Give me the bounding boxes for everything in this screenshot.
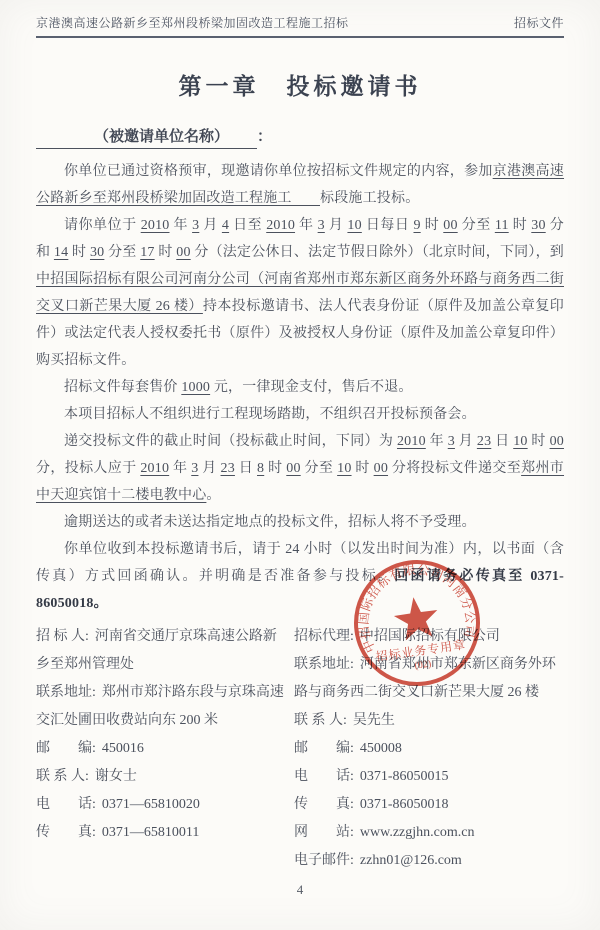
- contact-row: 联系地址:河南省郑州市郑东新区商务外环路与商务西二街交叉口新芒果大厦 26 楼: [294, 651, 564, 707]
- contact-row: 招标代理:中招国际招标有限公司: [294, 623, 564, 651]
- paragraph: 招标文件每套售价 1000 元，一律现金支付，售后不退。: [36, 374, 564, 401]
- contact-value: 450008: [360, 741, 402, 756]
- contact-label: 联 系 人:: [294, 713, 347, 728]
- text-segment: 本项目招标人不组织进行工程现场踏勘，不组织召开投标预备会。: [64, 407, 476, 422]
- text-segment: 分将投标文件递交至: [388, 461, 521, 476]
- contact-row: 联系地址:郑州市郑汴路东段与京珠高速交汇处圃田收费站向东 200 米: [36, 679, 288, 735]
- text-segment: 14: [54, 245, 68, 260]
- text-segment: 10: [337, 461, 351, 476]
- contact-columns: 招 标 人:河南省交通厅京珠高速公路新乡至郑州管理处联系地址:郑州市郑汴路东段与…: [36, 623, 564, 875]
- text-segment: 时: [155, 245, 177, 260]
- text-segment: 00: [443, 218, 457, 233]
- text-segment: 年: [295, 218, 318, 233]
- text-segment: 时: [68, 245, 90, 260]
- bidder-contact-column: 招 标 人:河南省交通厅京珠高速公路新乡至郑州管理处联系地址:郑州市郑汴路东段与…: [36, 623, 288, 875]
- text-segment: 00: [176, 245, 190, 260]
- text-segment: 时: [528, 434, 550, 449]
- contact-label: 传 真:: [294, 797, 354, 812]
- text-segment: 逾期送达的或者未送达指定地点的投标文件，招标人将不予受理。: [64, 515, 476, 530]
- contact-value: 中招国际招标有限公司: [360, 629, 500, 644]
- text-segment: 4: [222, 218, 229, 233]
- contact-row: 电 话:0371—65810020: [36, 791, 288, 819]
- contact-row: 招 标 人:河南省交通厅京珠高速公路新乡至郑州管理处: [36, 623, 288, 679]
- text-segment: 年: [170, 218, 193, 233]
- text-segment: 17: [140, 245, 154, 260]
- text-segment: 00: [286, 461, 300, 476]
- text-segment: 时: [352, 461, 374, 476]
- text-segment: 月: [455, 434, 477, 449]
- text-segment: 3: [448, 434, 455, 449]
- text-segment: 11: [495, 218, 509, 233]
- text-segment: 。: [206, 488, 220, 503]
- text-segment: 00: [374, 461, 388, 476]
- text-segment: 元，一律现金支付，售后不退。: [210, 380, 413, 395]
- text-segment: 请你单位于: [64, 218, 141, 233]
- contact-label: 联 系 人:: [36, 769, 89, 784]
- text-segment: 30: [531, 218, 545, 233]
- invitee-label: （被邀请单位名称）: [94, 129, 229, 145]
- contact-value: 谢女士: [95, 769, 137, 784]
- contact-row: 网 站:www.zzgjhn.com.cn: [294, 819, 564, 847]
- contact-label: 联系地址:: [36, 685, 96, 700]
- text-segment: 日: [491, 434, 513, 449]
- text-segment: 月: [198, 461, 220, 476]
- contact-label: 招 标 人:: [36, 629, 89, 644]
- contact-value: 0371—65810020: [102, 797, 200, 812]
- text-segment: 00: [550, 434, 564, 449]
- text-segment: 日至: [229, 218, 266, 233]
- paragraph: 本项目招标人不组织进行工程现场踏勘，不组织召开投标预备会。: [36, 401, 564, 428]
- text-segment: 时: [421, 218, 444, 233]
- contact-label: 邮 编:: [36, 741, 96, 756]
- text-segment: 你单位已通过资格预审，现邀请你单位按招标文件规定的内容，参加: [64, 164, 493, 179]
- paragraph: 逾期送达的或者未送达指定地点的投标文件，招标人将不予受理。: [36, 509, 564, 536]
- text-segment: 分至: [301, 461, 337, 476]
- invitee-name-blank: （被邀请单位名称）: [36, 125, 257, 149]
- contact-value: 吴先生: [353, 713, 395, 728]
- text-segment: 时: [509, 218, 532, 233]
- text-segment: 2010: [140, 461, 169, 476]
- contact-value: 0371—65810011: [102, 825, 199, 840]
- text-segment: 日: [235, 461, 257, 476]
- contact-value: www.zzgjhn.com.cn: [360, 825, 475, 840]
- text-segment: 23: [221, 461, 235, 476]
- contact-label: 电 话:: [36, 797, 96, 812]
- paragraph: 你单位已通过资格预审，现邀请你单位按招标文件规定的内容，参加京港澳高速公路新乡至…: [36, 158, 564, 212]
- text-segment: 2010: [141, 218, 170, 233]
- contact-value: 450016: [102, 741, 144, 756]
- chapter-title: 第一章 投标邀请书: [36, 68, 564, 101]
- contact-value: 0371-86050018: [360, 797, 449, 812]
- page-header: 京港澳高速公路新乡至郑州段桥梁加固改造工程施工招标 招标文件: [36, 14, 564, 38]
- contact-label: 网 站:: [294, 825, 354, 840]
- invitee-line: （被邀请单位名称） ：: [36, 125, 564, 149]
- page-number: 4: [0, 882, 600, 898]
- contact-row: 邮 编:450008: [294, 735, 564, 763]
- contact-row: 电子邮件:zzhn01@126.com: [294, 847, 564, 875]
- text-segment: 时: [264, 461, 286, 476]
- contact-value: zzhn01@126.com: [360, 853, 462, 868]
- text-segment: 标段施工投标。: [320, 191, 419, 206]
- contact-label: 联系地址:: [294, 657, 354, 672]
- contact-row: 电 话:0371-86050015: [294, 763, 564, 791]
- text-segment: 30: [90, 245, 104, 260]
- text-segment: 分至: [458, 218, 495, 233]
- text-segment: 月: [325, 218, 348, 233]
- text-segment: 日每日: [362, 218, 414, 233]
- text-segment: 10: [347, 218, 361, 233]
- text-segment: 月: [199, 218, 222, 233]
- text-segment: 年: [426, 434, 448, 449]
- body-paragraphs: 你单位已通过资格预审，现邀请你单位按招标文件规定的内容，参加京港澳高速公路新乡至…: [36, 158, 564, 617]
- contact-label: 电 话:: [294, 769, 354, 784]
- contact-row: 传 真:0371—65810011: [36, 819, 288, 847]
- text-segment: 2010: [266, 218, 295, 233]
- contact-label: 传 真:: [36, 825, 96, 840]
- document-page: 京港澳高速公路新乡至郑州段桥梁加固改造工程施工招标 招标文件 第一章 投标邀请书…: [0, 0, 600, 930]
- agent-contact-column: 招标代理:中招国际招标有限公司联系地址:河南省郑州市郑东新区商务外环路与商务西二…: [288, 623, 564, 875]
- contact-label: 招标代理:: [294, 629, 354, 644]
- invitee-colon: ：: [257, 129, 272, 145]
- paragraph: 递交投标文件的截止时间（投标截止时间，下同）为 2010 年 3 月 23 日 …: [36, 428, 564, 509]
- contact-row: 联 系 人:吴先生: [294, 707, 564, 735]
- header-right-label: 招标文件: [514, 14, 564, 31]
- text-segment: 2010: [397, 434, 426, 449]
- contact-label: 邮 编:: [294, 741, 354, 756]
- paragraph: 请你单位于 2010 年 3 月 4 日至 2010 年 3 月 10 日每日 …: [36, 212, 564, 374]
- contact-value: 0371-86050015: [360, 769, 449, 784]
- text-segment: 1000: [181, 380, 210, 395]
- text-segment: 9: [413, 218, 420, 233]
- contact-row: 联 系 人:谢女士: [36, 763, 288, 791]
- text-segment: 10: [513, 434, 527, 449]
- text-segment: 23: [477, 434, 491, 449]
- contact-label: 电子邮件:: [294, 853, 354, 868]
- text-segment: 年: [169, 461, 191, 476]
- text-segment: 招标文件每套售价: [64, 380, 181, 395]
- text-segment: 3: [318, 218, 325, 233]
- paragraph: 你单位收到本投标邀请书后，请于 24 小时（以发出时间为准）内，以书面（含传真）…: [36, 536, 564, 617]
- header-left-title: 京港澳高速公路新乡至郑州段桥梁加固改造工程施工招标: [36, 14, 349, 31]
- contact-row: 传 真:0371-86050018: [294, 791, 564, 819]
- text-segment: 递交投标文件的截止时间（投标截止时间，下同）为: [64, 434, 397, 449]
- text-segment: 分，投标人应于: [36, 461, 140, 476]
- text-segment: 分（法定公休日、法定节假日除外）（北京时间，下同），到: [191, 245, 564, 260]
- contact-row: 邮 编:450016: [36, 735, 288, 763]
- text-segment: 分至: [104, 245, 140, 260]
